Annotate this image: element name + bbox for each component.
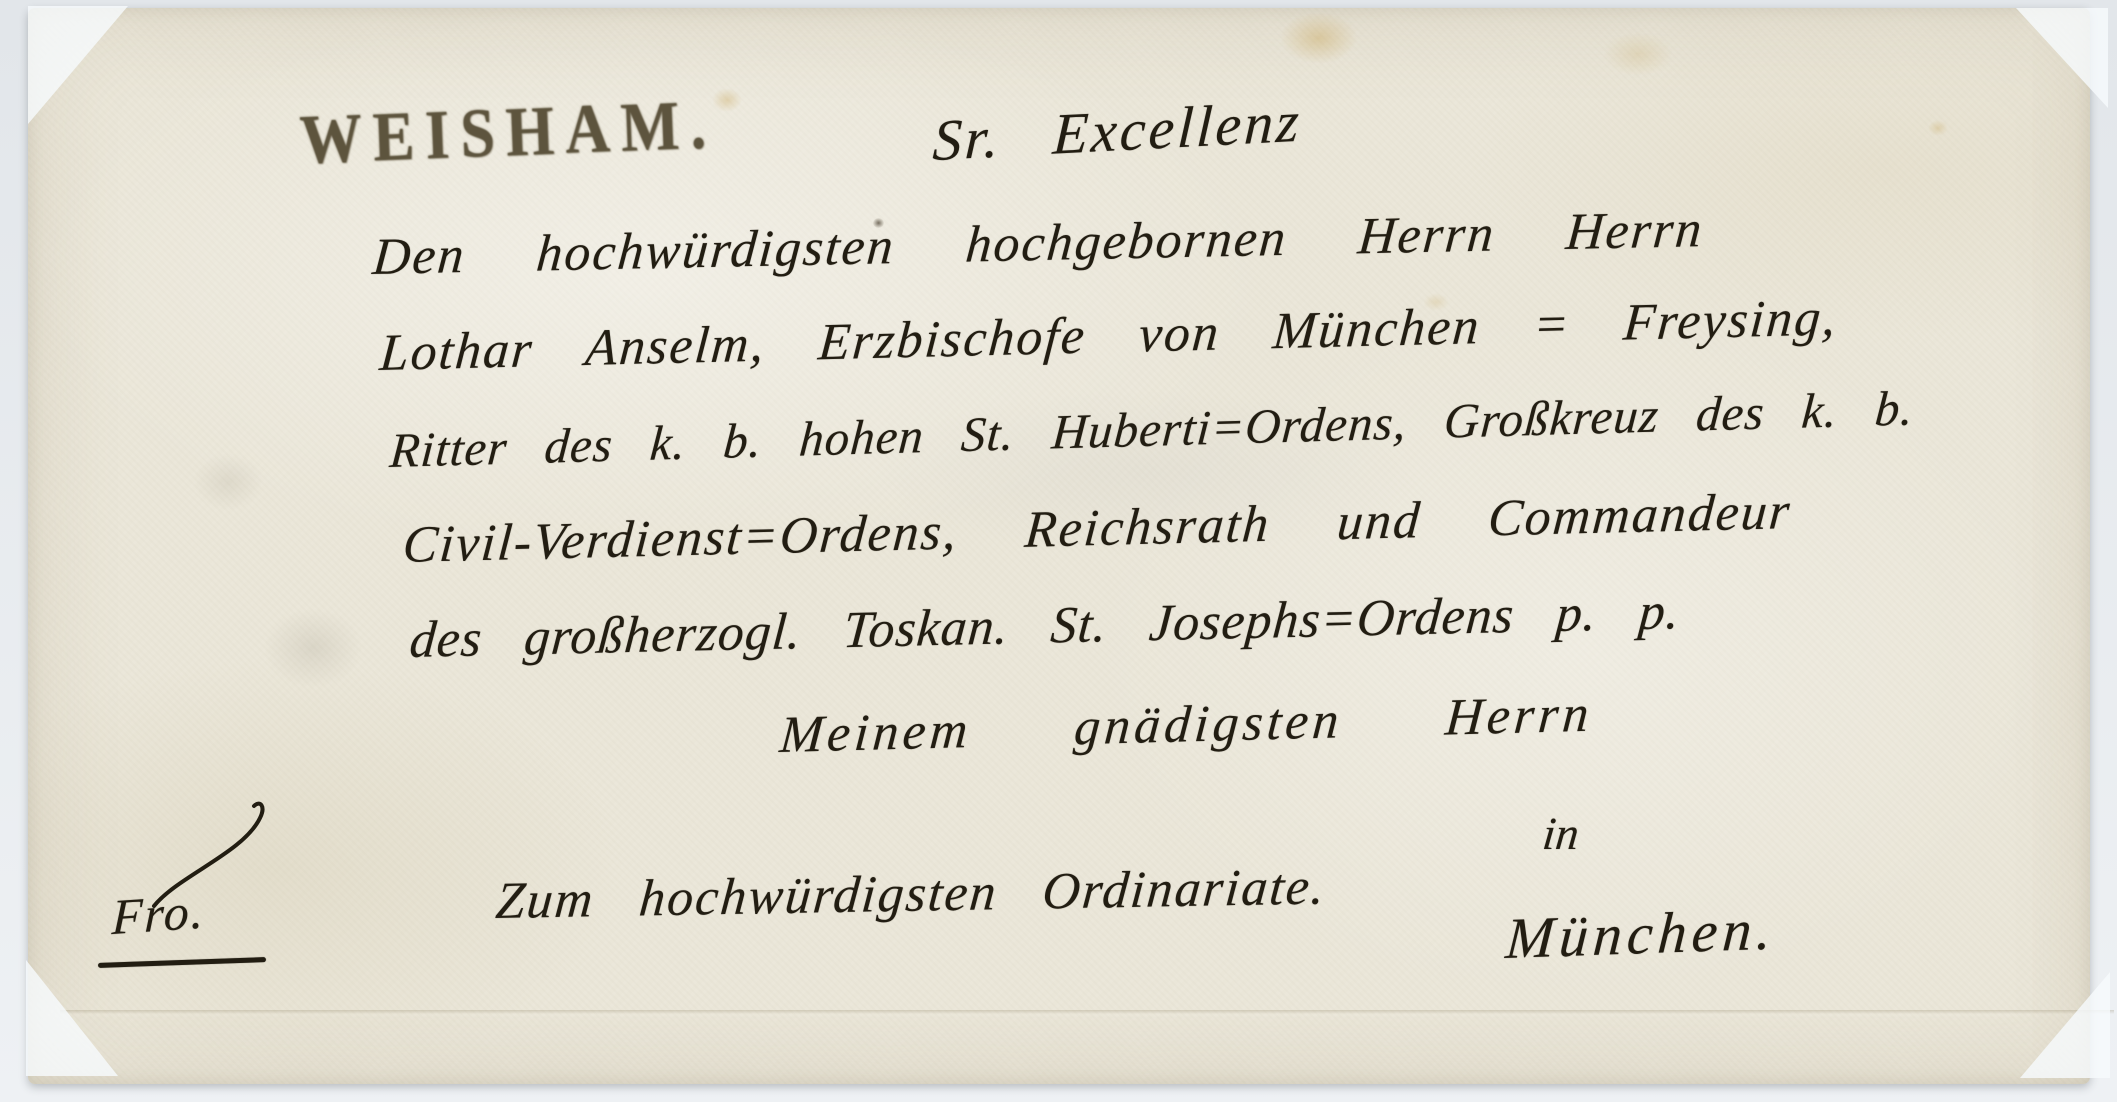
fold-crease (60, 1010, 2114, 1014)
paper-stain (712, 88, 742, 112)
franco-underline (98, 957, 266, 968)
paper-stain (1280, 12, 1358, 64)
ink-flourish (148, 798, 288, 908)
letter-paper: WEISHAM. Sr. Excellenz Den hochwürdigste… (28, 8, 2090, 1084)
paper-smudge (263, 608, 363, 688)
paper-stain (1603, 32, 1673, 76)
delivery-line: Zum hochwürdigsten Ordinariate. (494, 861, 1329, 928)
address-line-orders-3: des großherzogl. Toskan. St. Josephs=Ord… (408, 586, 1682, 667)
scan-background: { "scan": { "background_color": "#e6e9ec… (0, 0, 2117, 1102)
address-preposition: in (1541, 811, 1582, 857)
postmark-stamp: WEISHAM. (298, 86, 718, 181)
address-line-name: Lothar Anselm, Erzbischofe von München =… (378, 292, 1840, 380)
address-line-titles: Den hochwürdigsten hochgebornen Herrn He… (371, 204, 1706, 284)
paper-smudge (193, 453, 263, 511)
salutation-line: Sr. Excellenz (931, 93, 1303, 171)
paper-stain (1928, 120, 1948, 136)
destination-line: München. (1504, 900, 1778, 968)
address-line-honorific: Meinem gnädigsten Herrn (778, 689, 1595, 762)
